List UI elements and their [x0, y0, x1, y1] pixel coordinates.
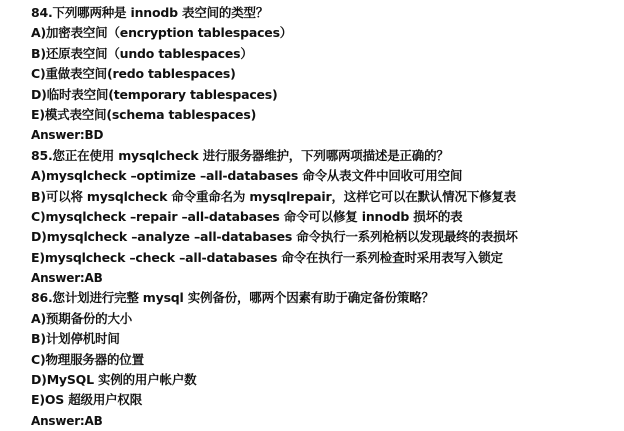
option-c: C)mysqlcheck –repair –all-databases 命令可以…	[31, 207, 518, 227]
answer: Answer:AB	[31, 411, 518, 431]
option-a: A)预期备份的大小	[31, 309, 518, 329]
option-b: B)可以将 mysqlcheck 命令重命名为 mysqlrepair，这样它可…	[31, 187, 518, 207]
question-86: 86.您计划进行完整 mysql 实例备份，哪两个因素有助于确定备份策略？ A)…	[31, 288, 518, 431]
question-title: 84.下列哪两种是 innodb 表空间的类型？	[31, 3, 518, 23]
option-c: C)物理服务器的位置	[31, 350, 518, 370]
answer: Answer:AB	[31, 268, 518, 288]
option-d: D)MySQL 实例的用户帐户数	[31, 370, 518, 390]
option-b: B)还原表空间（undo tablespaces）	[31, 44, 518, 64]
question-title: 86.您计划进行完整 mysql 实例备份，哪两个因素有助于确定备份策略？	[31, 288, 518, 308]
question-84: 84.下列哪两种是 innodb 表空间的类型？ A)加密表空间（encrypt…	[31, 3, 518, 146]
option-e: E)mysqlcheck –check –all-databases 命令在执行…	[31, 248, 518, 268]
option-a: A)加密表空间（encryption tablespaces）	[31, 23, 518, 43]
question-85: 85.您正在使用 mysqlcheck 进行服务器维护，下列哪两项描述是正确的？…	[31, 146, 518, 289]
option-c: C)重做表空间(redo tablespaces)	[31, 64, 518, 84]
quiz-document: 84.下列哪两种是 innodb 表空间的类型？ A)加密表空间（encrypt…	[31, 3, 518, 431]
option-d: D)mysqlcheck –analyze –all-databases 命令执…	[31, 227, 518, 247]
option-b: B)计划停机时间	[31, 329, 518, 349]
option-a: A)mysqlcheck –optimize –all-databases 命令…	[31, 166, 518, 186]
option-d: D)临时表空间(temporary tablespaces)	[31, 85, 518, 105]
option-e: E)模式表空间(schema tablespaces)	[31, 105, 518, 125]
option-e: E)OS 超级用户权限	[31, 390, 518, 410]
answer: Answer:BD	[31, 125, 518, 145]
question-title: 85.您正在使用 mysqlcheck 进行服务器维护，下列哪两项描述是正确的？	[31, 146, 518, 166]
